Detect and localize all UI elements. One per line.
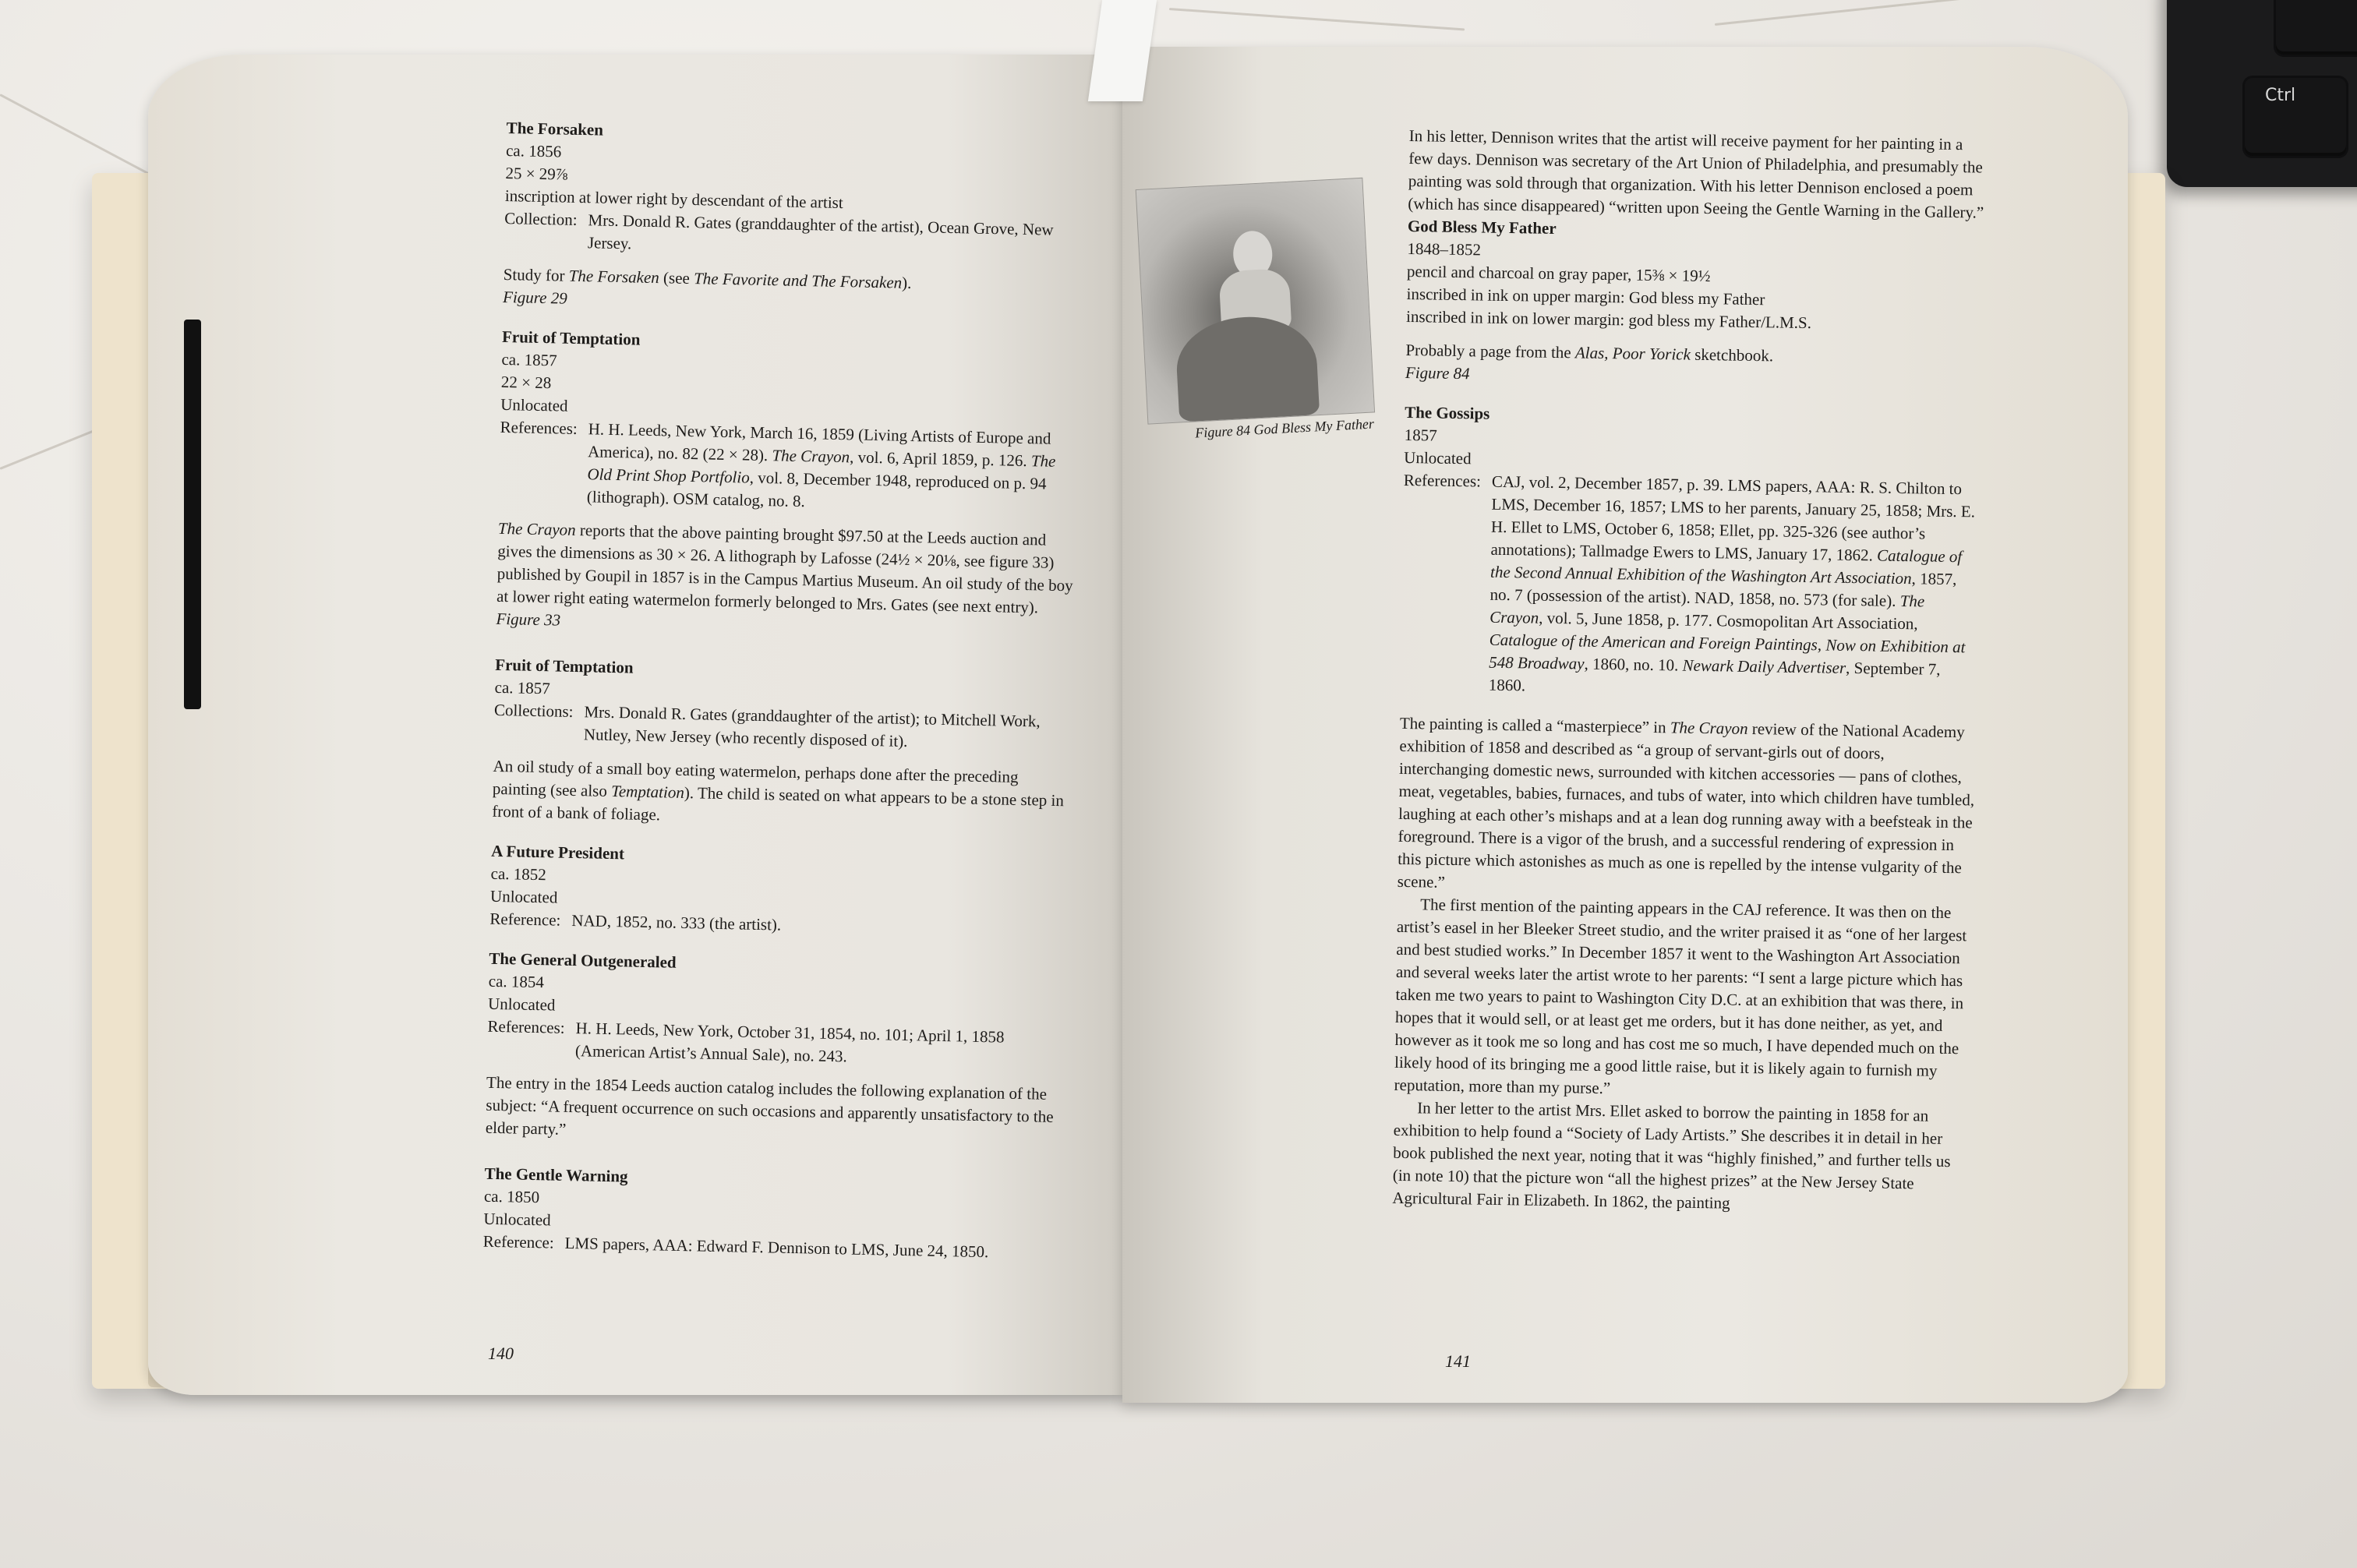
ref-body: H. H. Leeds, New York, March 16, 1859 (L… <box>587 418 1077 518</box>
keyboard: Shift Ctrl <box>2167 0 2357 187</box>
ref-label: Collection: <box>504 207 588 254</box>
page-number-right: 141 <box>1445 1351 1471 1372</box>
ref-italic: Newark Daily Advertiser <box>1682 656 1846 677</box>
catalog-entry-a-future-president: A Future President ca. 1852 Unlocated Re… <box>489 840 1068 942</box>
note-italic: The Forsaken <box>568 267 659 287</box>
ref-label: References: <box>1401 469 1493 697</box>
sketch-image <box>1136 178 1375 425</box>
note-italic: Alas, Poor Yorick <box>1575 343 1691 363</box>
note-italic: Temptation <box>611 782 684 802</box>
ref-body: Mrs. Donald R. Gates (granddaughter of t… <box>584 701 1072 756</box>
page-number-left: 140 <box>488 1344 514 1364</box>
note-text: Study for <box>504 265 569 285</box>
body-paragraph-3: In her letter to the artist Mrs. Ellet a… <box>1392 1097 1970 1219</box>
catalog-entry-the-general-outgeneraled: The General Outgeneraled ca. 1854 Unloca… <box>486 948 1066 1151</box>
note-text: Probably a page from the <box>1405 341 1575 362</box>
note-text: sketchbook. <box>1691 345 1774 366</box>
figure-84-illustration: Figure 84 God Bless My Father <box>1136 177 1383 442</box>
note-italic: The Favorite and The Forsaken <box>694 269 903 292</box>
entry-references: References: CAJ, vol. 2, December 1857, … <box>1401 469 1981 705</box>
note-text: reports that the above painting brought … <box>496 521 1073 616</box>
ref-label: References: <box>487 1015 576 1062</box>
shift-key: Shift <box>2276 0 2357 55</box>
father-figure <box>1175 313 1320 422</box>
left-page-text: The Forsaken ca. 1856 25 × 29⅞ inscripti… <box>482 117 1083 1282</box>
body-paragraph-2: The first mention of the painting appear… <box>1394 893 1974 1106</box>
ref-italic: The Crayon <box>772 446 850 466</box>
ref-text: , vol. 5, June 1858, p. 177. Cosmopolita… <box>1539 609 1918 634</box>
catalog-entry-fruit-of-temptation: Fruit of Temptation ca. 1857 22 × 28 Unl… <box>496 326 1079 642</box>
para-text: The painting is called a “masterpiece” i… <box>1400 714 1670 736</box>
ref-body: Mrs. Donald R. Gates (granddaughter of t… <box>588 209 1082 264</box>
entry-note: An oil study of a small boy eating water… <box>492 755 1070 835</box>
note-italic: The Crayon <box>498 519 576 539</box>
entry-note: The entry in the 1854 Leeds auction cata… <box>486 1072 1064 1151</box>
ref-body: H. H. Leeds, New York, October 31, 1854,… <box>575 1017 1065 1072</box>
catalog-entry-fruit-of-temptation-study: Fruit of Temptation ca. 1857 Collections… <box>492 654 1072 835</box>
catalog-entry-the-gentle-warning: The Gentle Warning ca. 1850 Unlocated Re… <box>482 1163 1061 1265</box>
entry-references: References: H. H. Leeds, New York, March… <box>499 416 1077 518</box>
ref-body: CAJ, vol. 2, December 1857, p. 39. LMS p… <box>1489 471 1981 705</box>
right-page-text: In his letter, Dennison writes that the … <box>1392 125 1986 1218</box>
ref-label: Collections: <box>493 699 585 746</box>
ref-label: Reference: <box>489 908 572 932</box>
note-text: ). <box>902 274 912 292</box>
spine-shadow <box>184 320 201 709</box>
ref-text: , vol. 6, April 1859, p. 126. <box>850 447 1031 470</box>
catalog-entry-god-bless-my-father: God Bless My Father 1848–1852 pencil and… <box>1405 215 1984 394</box>
note-text: (see <box>659 268 694 288</box>
marble-vein <box>1169 8 1465 31</box>
body-paragraph-1: The painting is called a “masterpiece” i… <box>1398 712 1977 902</box>
ref-label: References: <box>499 416 589 508</box>
entry-note: The Crayon reports that the above painti… <box>496 517 1075 620</box>
marble-vein <box>1715 0 2103 26</box>
catalog-entry-the-forsaken: The Forsaken ca. 1856 25 × 29⅞ inscripti… <box>503 117 1083 320</box>
ref-text: , 1860, no. 10. <box>1584 655 1682 675</box>
catalog-entry-the-gossips: The Gossips 1857 Unlocated References: C… <box>1401 401 1982 705</box>
para-text: review of the National Academy exhibitio… <box>1398 719 1975 892</box>
ctrl-key: Ctrl <box>2245 78 2346 156</box>
ctrl-key-label: Ctrl <box>2265 86 2295 105</box>
ref-label: Reference: <box>482 1231 565 1255</box>
intro-paragraph: In his letter, Dennison writes that the … <box>1408 125 1986 224</box>
para-italic: The Crayon <box>1670 718 1748 738</box>
